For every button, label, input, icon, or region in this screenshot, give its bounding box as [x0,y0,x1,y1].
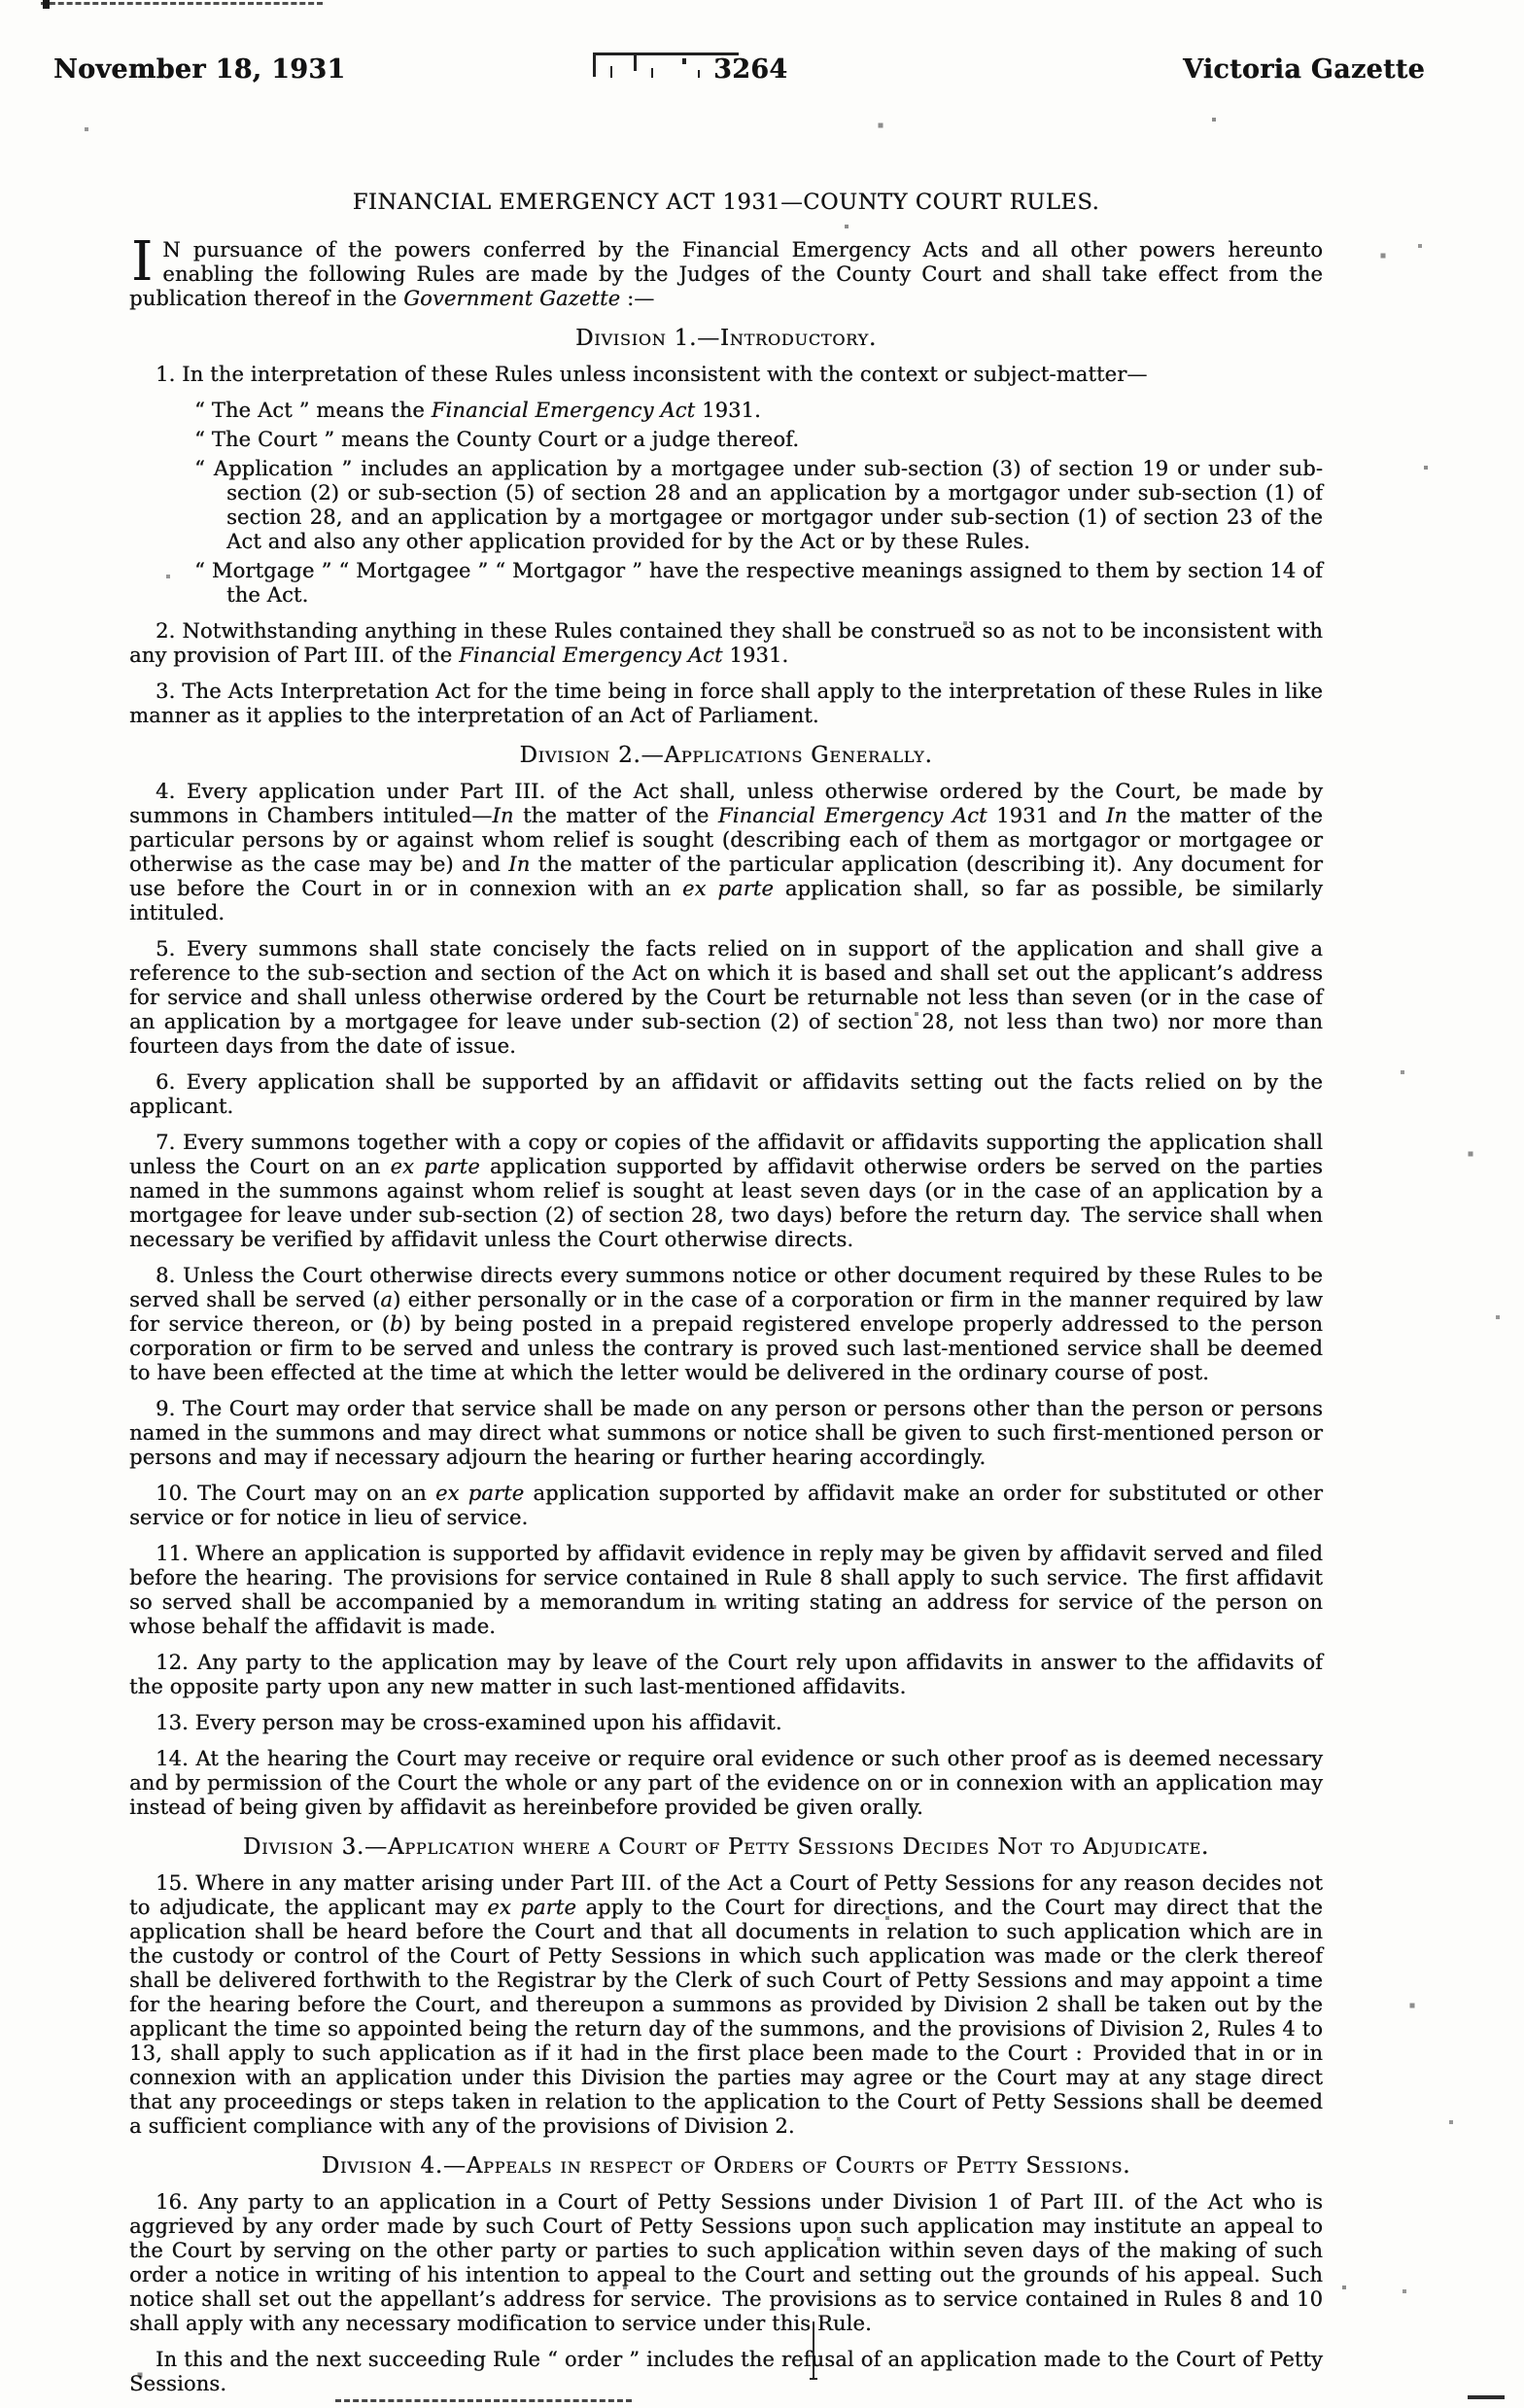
opening-paragraph: IN pursuance of the powers conferred by … [129,238,1323,311]
rule-paragraph: 13. Every person may be cross-examined u… [129,1711,1323,1735]
rule-paragraph: 10. The Court may on an ex parte applica… [129,1482,1323,1530]
gazette-page: November 18, 1931 3264 Victoria Gazette … [0,0,1524,2408]
division-heading: Division 2.—Applications Generally. [129,744,1323,768]
scan-artifact [0,0,2,2]
document-title: FINANCIAL EMERGENCY ACT 1931—COUNTY COUR… [129,191,1323,215]
definition-paragraph: “ Application ” includes an application … [129,457,1323,554]
rule-paragraph: 8. Unless the Court otherwise directs ev… [129,1264,1323,1385]
definition-paragraph: “ Mortgage ” “ Mortgagee ” “ Mortgagor ”… [129,559,1323,608]
rule-paragraph: 16. Any party to an application in a Cou… [129,2190,1323,2336]
division-heading: Division 4.—Appeals in respect of Orders… [129,2154,1323,2179]
definition-paragraph: “ The Court ” means the County Court or … [129,428,1323,452]
rule-paragraph: 6. Every application shall be supported … [129,1070,1323,1119]
rule-paragraph: 7. Every summons together with a copy or… [129,1131,1323,1252]
rule-paragraph: 4. Every application under Part III. of … [129,780,1323,925]
division-heading: Division 1.—Introductory. [129,327,1323,351]
division-heading: Division 3.—Application where a Court of… [129,1835,1323,1860]
rule-paragraph: 15. Where in any matter arising under Pa… [129,1871,1323,2139]
drop-cap: I [129,238,162,285]
rule-paragraph: 1. In the interpretation of these Rules … [129,363,1323,387]
running-header: November 18, 1931 3264 Victoria Gazette [53,54,1425,85]
rule-paragraph: 14. At the hearing the Court may receive… [129,1747,1323,1820]
closing-paragraph: In this and the next succeeding Rule “ o… [129,2348,1323,2396]
page-number: 3264 [713,54,787,85]
scan-artifact [43,0,50,9]
issue-date: November 18, 1931 [53,54,345,85]
rule-paragraph: 12. Any party to the application may by … [129,1651,1323,1699]
rule-paragraph: 9. The Court may order that service shal… [129,1397,1323,1470]
rule-paragraph: 11. Where an application is supported by… [129,1542,1323,1639]
publication-name: Victoria Gazette [1183,54,1425,85]
scan-artifact [41,2,323,5]
rule-paragraph: 3. The Acts Interpretation Act for the t… [129,680,1323,728]
rule-paragraph: 5. Every summons shall state concisely t… [129,937,1323,1059]
rule-paragraph: 2. Notwithstanding anything in these Rul… [129,619,1323,668]
scan-artifact [1468,2395,1505,2399]
document-content: FINANCIAL EMERGENCY ACT 1931—COUNTY COUR… [129,191,1323,2408]
definition-paragraph: “ The Act ” means the Financial Emergenc… [129,399,1323,423]
document-body: IN pursuance of the powers conferred by … [129,238,1323,2396]
